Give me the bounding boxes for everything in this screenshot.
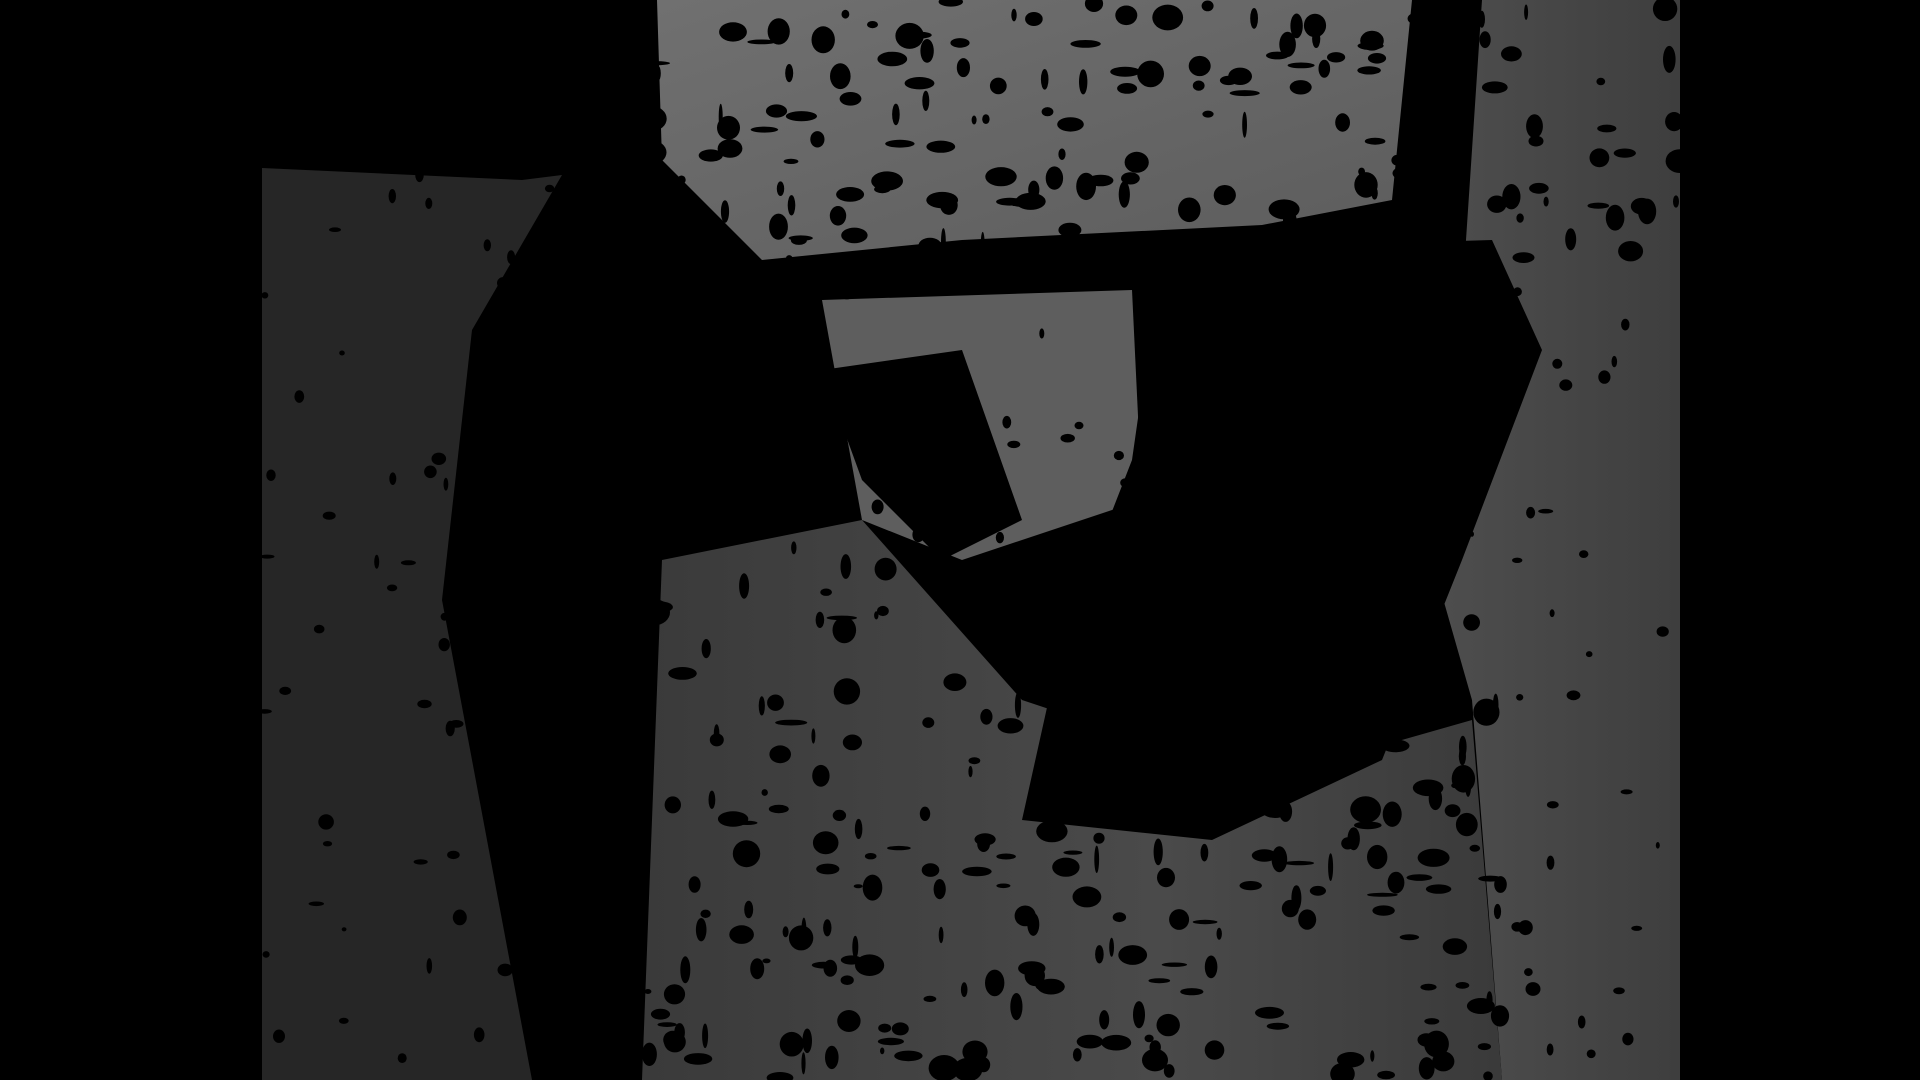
near-wall-region	[262, 168, 562, 1080]
depth-map-canvas	[262, 0, 1680, 1080]
depth-image	[262, 0, 1680, 1080]
